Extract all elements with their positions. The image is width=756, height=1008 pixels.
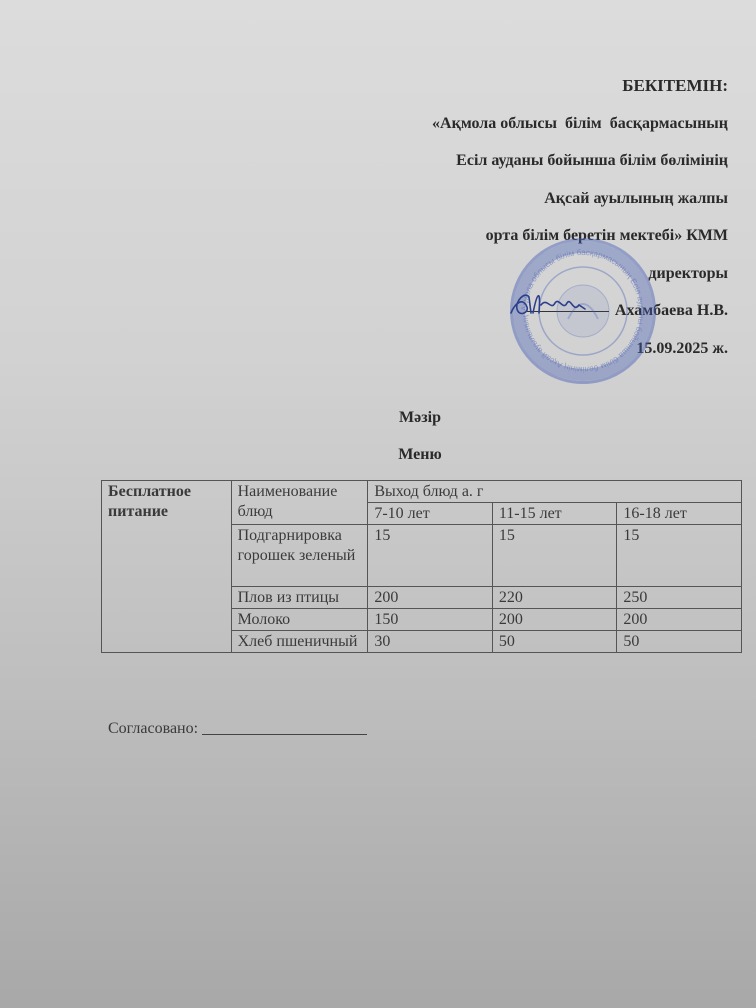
age-group-cell: 11-15 лет [492,503,617,525]
dish-name-cell: Хлеб пшеничный [231,631,368,653]
value-cell: 250 [617,587,742,609]
value-cell: 200 [617,609,742,631]
menu-table: Бесплатное питание Наименование блюд Вых… [101,480,742,653]
agreed-label: Согласовано: [108,720,198,737]
name-header-cell: Наименование блюд [231,481,368,525]
agreed-signature-line [202,734,367,735]
value-cell: 30 [368,631,493,653]
value-cell: 200 [492,609,617,631]
dish-name-cell: Подгарнировка горошек зеленый [231,525,368,587]
output-header-cell: Выход блюд а. г [368,481,742,503]
agreed-section: Согласовано: [108,720,367,738]
table-header-row: Бесплатное питание Наименование блюд Вых… [102,481,742,503]
value-cell: 200 [368,587,493,609]
approval-line-2: Есіл ауданы бойынша білім бөлімінің [308,151,728,170]
dish-name-cell: Плов из птицы [231,587,368,609]
approval-line-1: «Ақмола облысы білім басқармасының [308,114,728,133]
approval-title: БЕКІТЕМІН: [308,76,728,95]
value-cell: 15 [617,525,742,587]
value-cell: 50 [492,631,617,653]
signature-icon [505,283,595,323]
value-cell: 150 [368,609,493,631]
value-cell: 220 [492,587,617,609]
value-cell: 15 [368,525,493,587]
category-cell: Бесплатное питание [102,481,232,653]
menu-title-kazakh: Мәзір [0,409,756,427]
approval-line-3: Ақсай ауылының жалпы [308,189,728,208]
dish-name-cell: Молоко [231,609,368,631]
age-group-cell: 7-10 лет [368,503,493,525]
menu-title-russian: Меню [0,446,756,464]
value-cell: 50 [617,631,742,653]
value-cell: 15 [492,525,617,587]
age-group-cell: 16-18 лет [617,503,742,525]
